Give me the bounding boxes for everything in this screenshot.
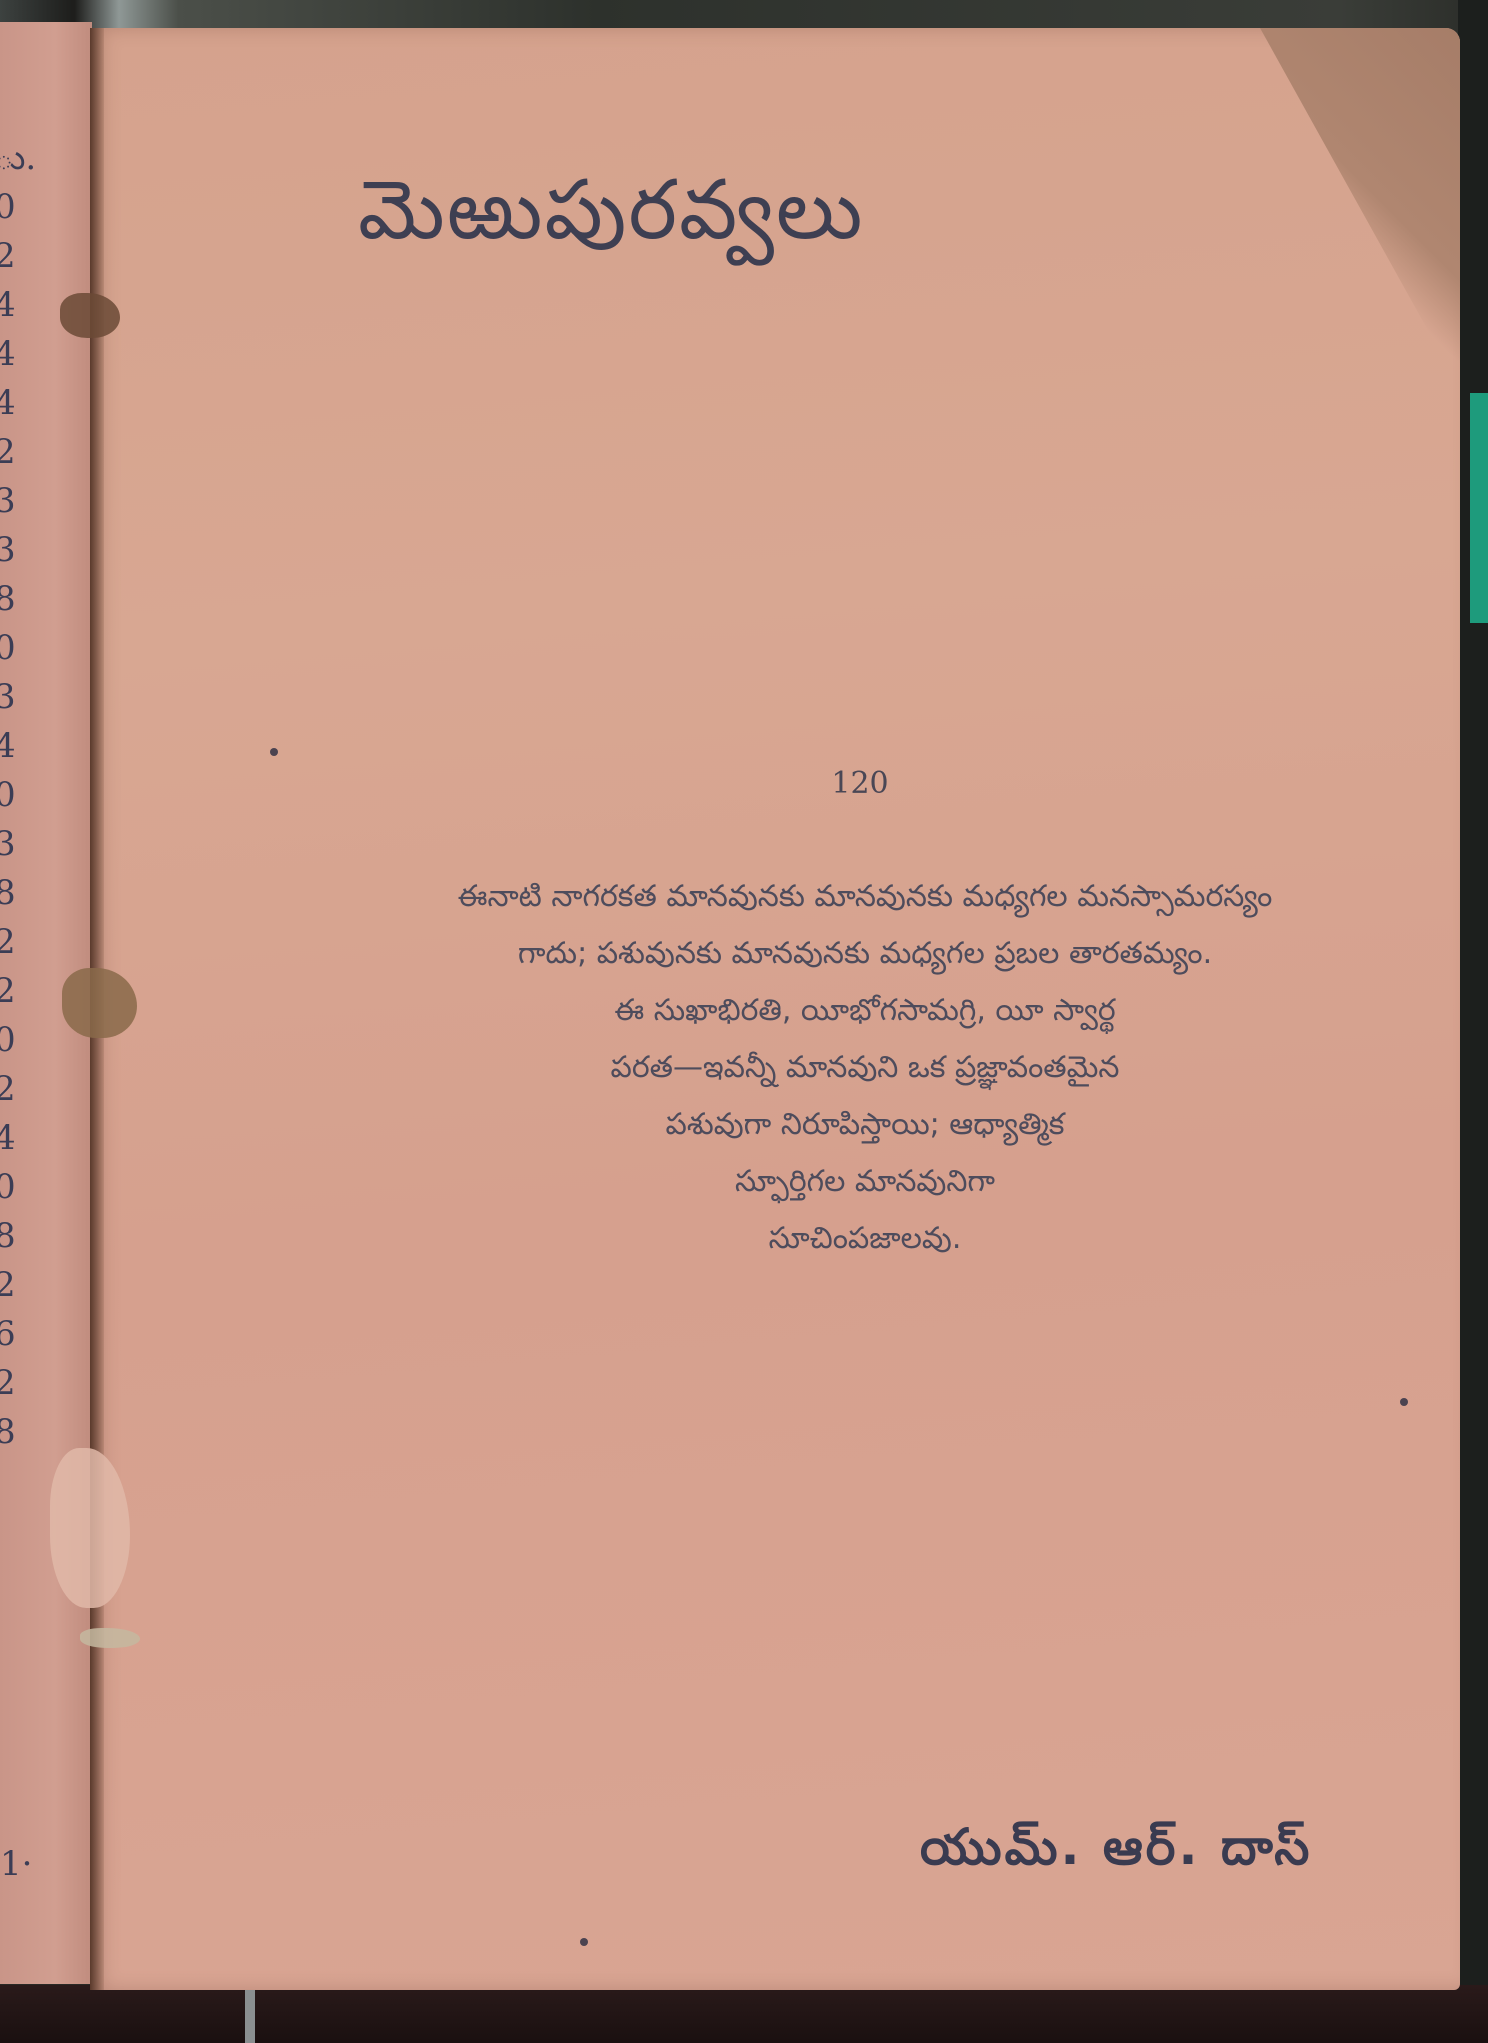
spine-digit: 2 (0, 918, 40, 967)
spine-digit: 3 (0, 673, 40, 722)
page-number: 120 (830, 766, 890, 801)
background-bottom (0, 1985, 1488, 2043)
green-marker-tab (1470, 393, 1488, 623)
spine-digit: 0 (0, 624, 40, 673)
spine-digit: 0 (0, 771, 40, 820)
spine-digit: 6 (0, 1310, 40, 1359)
ink-speck (580, 1938, 588, 1946)
spine-digit: 4 (0, 1114, 40, 1163)
quote-line: స్ఫూర్తిగల మానవునిగా (320, 1153, 1410, 1210)
spine-digit: 0 (0, 183, 40, 232)
ink-speck (270, 748, 278, 756)
spine-digit: 4 (0, 330, 40, 379)
ink-speck (1400, 1398, 1408, 1406)
spine-digit: 0 (0, 1163, 40, 1212)
spine-digit: 2 (0, 1359, 40, 1408)
spine-digit: 8 (0, 869, 40, 918)
quote-block: ఈనాటి నాగరకత మానవునకు మానవునకు మధ్యగల మన… (320, 868, 1410, 1267)
spine-digit: 0 (0, 1016, 40, 1065)
spine-digit: 2 (0, 1261, 40, 1310)
quote-line: సూచింపజాలవు. (320, 1210, 1410, 1267)
paper-tear (60, 293, 120, 338)
paper-tear (62, 968, 137, 1038)
spine-digit: 3 (0, 820, 40, 869)
spine-digit: 3 (0, 526, 40, 575)
spine-digit-column: ు.02444233803403822024082628 (0, 134, 40, 1457)
spine-digit: 8 (0, 1212, 40, 1261)
paper-tear (50, 1448, 130, 1608)
folded-corner (1260, 28, 1460, 388)
spine-digit: 2 (0, 428, 40, 477)
spine-digit: 8 (0, 575, 40, 624)
author-name: యుమ్. ఆర్. దాస్ (920, 1818, 1312, 1889)
quote-line: ఈ సుఖాభిరతి, యీభోగసామగ్రి, యీ స్వార్థ (320, 982, 1410, 1039)
quote-line: ఈనాటి నాగరకత మానవునకు మానవునకు మధ్యగల మన… (320, 868, 1410, 925)
spine-digit: 2 (0, 1065, 40, 1114)
paper-tear (80, 1628, 140, 1648)
spine-digit: ు. (0, 134, 40, 183)
book-title: మెఱుపురవ్వలు (358, 163, 864, 278)
quote-line: పశువుగా నిరూపిస్తాయి; ఆధ్యాత్మిక (320, 1096, 1410, 1153)
spine-digit: 2 (0, 967, 40, 1016)
spine-last-digit: 1· (0, 1844, 32, 1884)
background-right (1458, 0, 1488, 2043)
spine-digit: 3 (0, 477, 40, 526)
spine-digit: 4 (0, 379, 40, 428)
quote-line: గాదు; పశువునకు మానవునకు మధ్యగల ప్రబల తార… (320, 925, 1410, 982)
spine-digit: 4 (0, 722, 40, 771)
spine-digit: 4 (0, 281, 40, 330)
quote-line: పరత—ఇవన్నీ మానవుని ఒక ప్రజ్ఞావంతమైన (320, 1039, 1410, 1096)
spine-digit: 2 (0, 232, 40, 281)
spine-digit: 8 (0, 1408, 40, 1457)
book-page: మెఱుపురవ్వలు 120 ఈనాటి నాగరకత మానవునకు మ… (90, 28, 1460, 1990)
